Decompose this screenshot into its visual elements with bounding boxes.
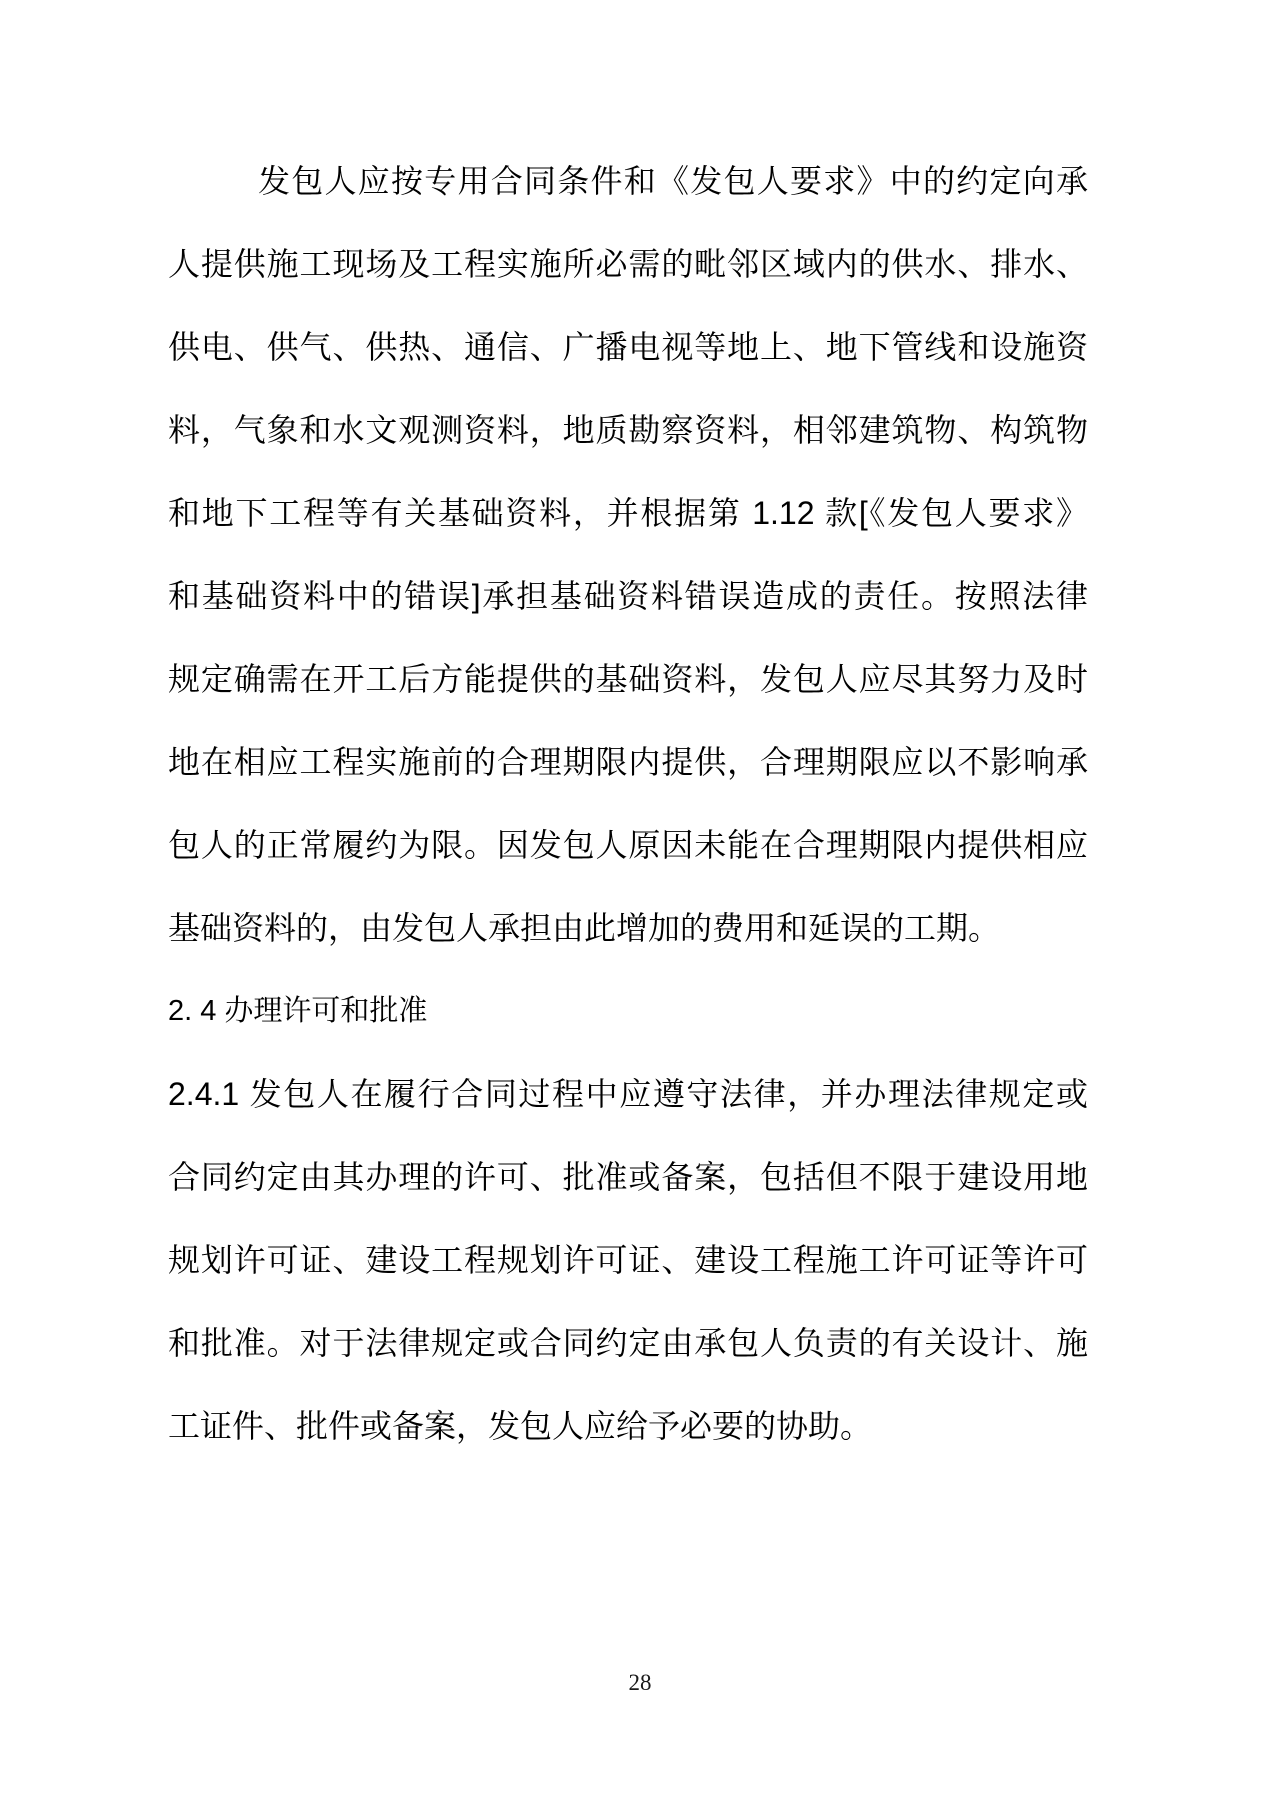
body-line: 基础资料的，由发包人承担由此增加的费用和延误的工期。	[168, 887, 1088, 970]
body-line: 和地下工程等有关基础资料，并根据第 1.12 款[《发包人要求》	[168, 472, 1088, 555]
text-block: 发包人应按专用合同条件和《发包人要求》中的约定向承包 人提供施工现场及工程实施所…	[168, 140, 1088, 1468]
body-line: 工证件、批件或备案，发包人应给予必要的协助。	[168, 1385, 1088, 1468]
body-line: 地在相应工程实施前的合理期限内提供，合理期限应以不影响承	[168, 721, 1088, 804]
body-line: 和批准。对于法律规定或合同约定由承包人负责的有关设计、施	[168, 1302, 1088, 1385]
body-line: 规划许可证、建设工程规划许可证、建设工程施工许可证等许可	[168, 1219, 1088, 1302]
body-line: 和基础资料中的错误]承担基础资料错误造成的责任。按照法律	[168, 555, 1088, 638]
document-page: 发包人应按专用合同条件和《发包人要求》中的约定向承包 人提供施工现场及工程实施所…	[0, 0, 1280, 1810]
body-line: 包人的正常履约为限。因发包人原因未能在合理期限内提供相应	[168, 804, 1088, 887]
body-line: 2.4.1 发包人在履行合同过程中应遵守法律，并办理法律规定或	[168, 1053, 1088, 1136]
body-line: 合同约定由其办理的许可、批准或备案，包括但不限于建设用地	[168, 1136, 1088, 1219]
body-line: 规定确需在开工后方能提供的基础资料，发包人应尽其努力及时	[168, 638, 1088, 721]
body-line: 人提供施工现场及工程实施所必需的毗邻区域内的供水、排水、	[168, 223, 1088, 306]
body-line: 料，气象和水文观测资料，地质勘察资料，相邻建筑物、构筑物	[168, 389, 1088, 472]
body-line: 发包人应按专用合同条件和《发包人要求》中的约定向承包	[168, 140, 1088, 223]
section-heading-2-4: 2. 4 办理许可和批准	[168, 970, 1088, 1053]
body-line: 供电、供气、供热、通信、广播电视等地上、地下管线和设施资	[168, 306, 1088, 389]
page-number: 28	[0, 1668, 1280, 1698]
